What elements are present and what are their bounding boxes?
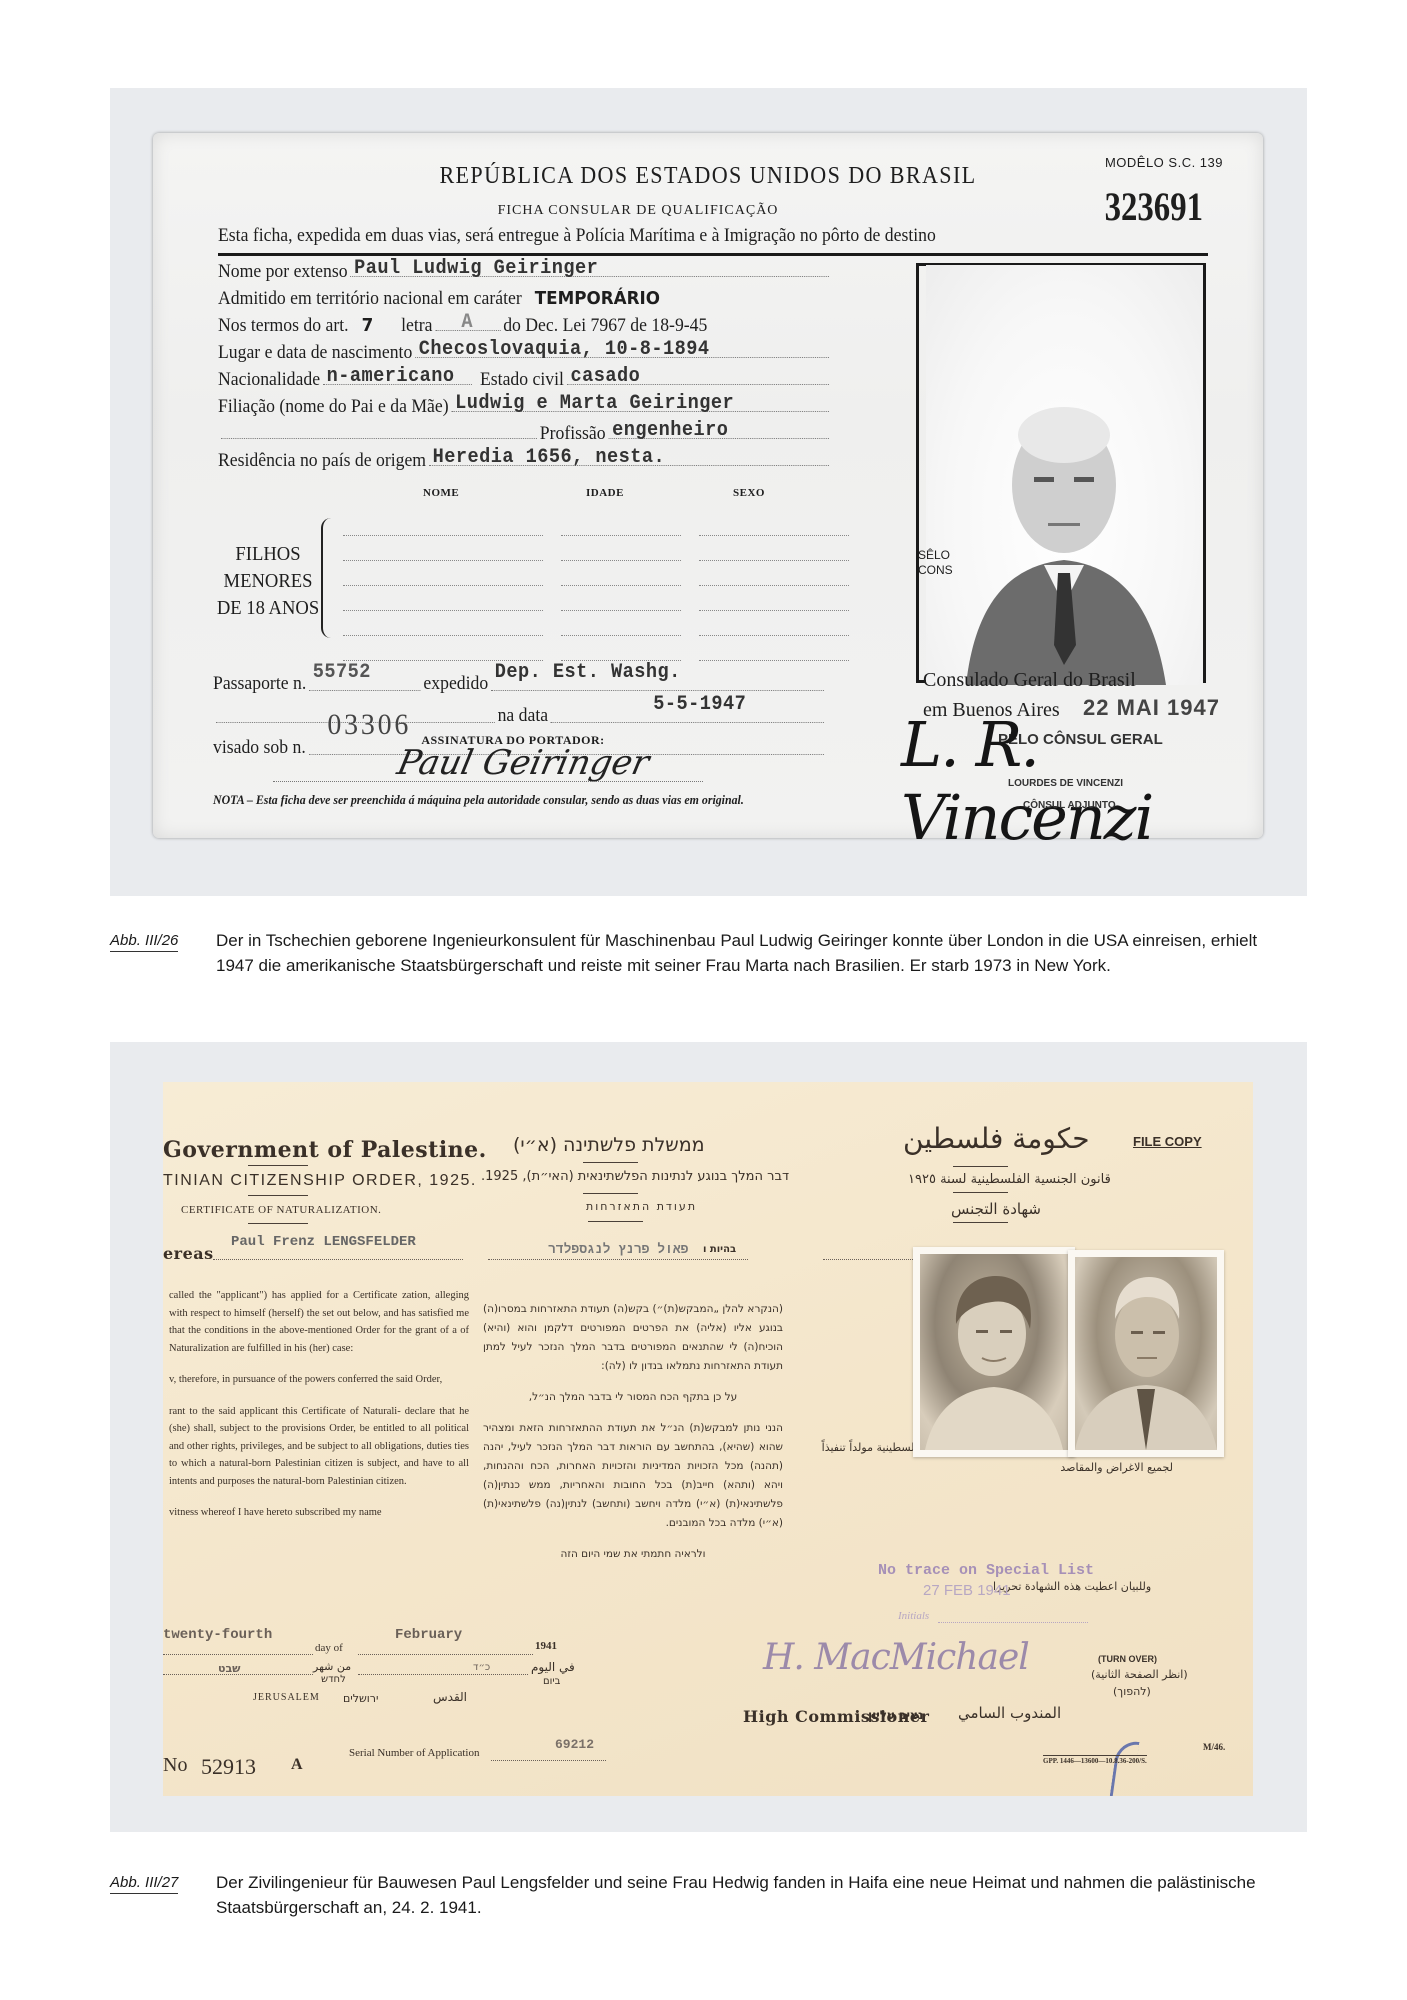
he-month-label: לחדש bbox=[321, 1674, 346, 1685]
he-month-value: שבט bbox=[218, 1662, 241, 1675]
high-commissioner-ar: المندوب السامي bbox=[958, 1704, 1061, 1722]
file-copy-label: FILE COPY bbox=[1133, 1134, 1202, 1149]
portrait-man-icon bbox=[1075, 1257, 1217, 1450]
name-en: Paul Frenz LENGSFELDER bbox=[231, 1234, 416, 1250]
cert-en: CERTIFICATE OF NATURALIZATION. bbox=[181, 1204, 381, 1216]
caption-text: Der Zivilingenieur für Bauwesen Paul Len… bbox=[216, 1870, 1310, 1920]
palestine-naturalization-certificate: Government of Palestine. TINIAN CITIZENS… bbox=[163, 1082, 1253, 1796]
name-he-prefix: בהיות ו bbox=[703, 1244, 736, 1255]
cert-he: תעודת התאזרחות bbox=[586, 1200, 697, 1213]
printer-code: GPP. 1446—13600—10.8.36-200/S. bbox=[1043, 1755, 1147, 1765]
month-value: February bbox=[395, 1627, 462, 1643]
field-residencia: Residência no país de origem Heredia 165… bbox=[218, 450, 832, 477]
day-value: twenty-fourth bbox=[163, 1627, 272, 1643]
order-en: TINIAN CITIZENSHIP ORDER, 1925. bbox=[163, 1172, 477, 1190]
children-table bbox=[343, 511, 863, 661]
photo-hedwig bbox=[913, 1247, 1075, 1457]
name-he: פאול פרנץ לנגספלדר bbox=[548, 1242, 688, 1257]
city-he: ירושלים bbox=[343, 1692, 378, 1705]
govt-ar: حكومة فلسطين bbox=[903, 1122, 1090, 1155]
figure-plate-2: Government of Palestine. TINIAN CITIZENS… bbox=[110, 1042, 1307, 1832]
city-en: JERUSALEM bbox=[253, 1692, 320, 1703]
govt-he: ממשלת פלשתינה (א״י) bbox=[513, 1134, 705, 1156]
photo-paul bbox=[1068, 1250, 1224, 1457]
govt-en: Government of Palestine. bbox=[163, 1137, 487, 1163]
field-passaporte: Passaporte n. 55752 expedido Dep. Est. W… bbox=[213, 663, 827, 695]
he-day-label: ביום bbox=[543, 1676, 560, 1687]
body-he: (הנקרא להלן „המבקש(ת)״) בקש(ה) תעודת התא… bbox=[483, 1300, 783, 1576]
document-notice: Esta ficha, expedida em duas vias, será … bbox=[218, 225, 936, 247]
figure-plate-1: MODÊLO S.C. 139 REPÚBLICA DOS ESTADOS UN… bbox=[110, 88, 1307, 896]
high-commissioner-signature: H. MacMichael bbox=[763, 1637, 1029, 1678]
col-sexo: SEXO bbox=[733, 487, 765, 499]
field-data: 03306 na data 5-5-1947 bbox=[213, 695, 827, 727]
field-nascimento: Lugar e data de nascimento Checoslovaqui… bbox=[218, 342, 832, 369]
cert-number: 52913 bbox=[201, 1754, 256, 1780]
caption-fig-26: Abb. III/26 Der in Tschechien geborene I… bbox=[110, 928, 1310, 978]
order-ar: قانون الجنسية الفلسطينية لسنة ١٩٢٥ bbox=[908, 1172, 1111, 1187]
body-en: called the "applicant") has applied for … bbox=[169, 1287, 469, 1536]
stamp-line-2: LOURDES DE VINCENZI bbox=[1008, 778, 1123, 789]
value-art: 7 bbox=[362, 315, 374, 336]
holder-signature: Paul Geiringer bbox=[394, 743, 653, 783]
document-subtitle: FICHA CONSULAR DE QUALIFICAÇÃO bbox=[153, 203, 1263, 219]
ar-day-label: في اليوم bbox=[531, 1660, 575, 1674]
value-nome: Paul Ludwig Geiringer bbox=[354, 257, 598, 280]
city-ar: القدس bbox=[433, 1690, 467, 1704]
pen-mark bbox=[1104, 1739, 1139, 1796]
caption-fig-27: Abb. III/27 Der Zivilingenieur für Bauwe… bbox=[110, 1870, 1310, 1920]
value-admitido: TEMPORÁRIO bbox=[535, 288, 660, 309]
special-list-stamp: No trace on Special List bbox=[878, 1562, 1094, 1579]
caption-text: Der in Tschechien geborene Ingenieurkons… bbox=[216, 928, 1310, 978]
field-filiacao: Filiação (nome do Pai e da Mãe) Ludwig e… bbox=[218, 396, 832, 423]
year-value: 1941 bbox=[535, 1640, 557, 1652]
cert-series: A bbox=[291, 1756, 303, 1774]
he-day-value: כ״ד bbox=[473, 1662, 490, 1673]
children-label: FILHOS MENORES DE 18 ANOS bbox=[217, 541, 319, 622]
nota-text: NOTA – Esta ficha deve ser preenchida á … bbox=[213, 793, 744, 808]
turn-over-he: (להפוך) bbox=[1113, 1685, 1151, 1698]
signature-line bbox=[273, 781, 703, 782]
brazil-consular-card: MODÊLO S.C. 139 REPÚBLICA DOS ESTADOS UN… bbox=[153, 133, 1263, 838]
serial-label: Serial Number of Application bbox=[349, 1747, 479, 1759]
turn-over-en: (TURN OVER) bbox=[1098, 1654, 1157, 1664]
initials-label: Initials bbox=[898, 1610, 929, 1622]
stamp-line-3: CÔNSUL ADJUNTO bbox=[1023, 800, 1116, 811]
serial-value: 69212 bbox=[555, 1737, 594, 1752]
brace bbox=[321, 518, 335, 638]
portrait-photo bbox=[926, 265, 1203, 685]
selo-label: SÊLO CONS bbox=[918, 548, 953, 578]
ar-month-label: من شهر bbox=[313, 1660, 351, 1673]
cert-number-prefix: No bbox=[163, 1754, 187, 1777]
form-code: M/46. bbox=[1203, 1742, 1225, 1752]
figure-ref: Abb. III/26 bbox=[110, 932, 178, 952]
turn-over-ar: (انظر الصفحة الثانية) bbox=[1091, 1668, 1188, 1681]
personal-fields: Nome por extenso Paul Ludwig Geiringer A… bbox=[218, 261, 878, 477]
whereas-word: ereas bbox=[163, 1244, 214, 1263]
portrait-man-icon bbox=[926, 265, 1203, 685]
col-nome: NOME bbox=[423, 487, 459, 499]
order-he: דבר המלך בנוגע לנתינות הפלשתינאית (האי״ת… bbox=[481, 1169, 789, 1184]
col-idade: IDADE bbox=[586, 487, 624, 499]
stamp-date: 27 FEB 1941 bbox=[923, 1582, 1011, 1599]
figure-ref: Abb. III/27 bbox=[110, 1874, 178, 1894]
field-nome: Nome por extenso Paul Ludwig Geiringer bbox=[218, 261, 832, 288]
divider bbox=[218, 253, 1208, 256]
cert-ar: شهادة التجنس bbox=[951, 1200, 1041, 1218]
portrait-woman-icon bbox=[920, 1254, 1068, 1450]
document-title: REPÚBLICA DOS ESTADOS UNIDOS DO BRASIL bbox=[197, 163, 1218, 190]
witness-ar: وللبيان اعطيت هذه الشهادة تحريرا bbox=[993, 1580, 1151, 1593]
high-commissioner-he: נציב עליון bbox=[868, 1708, 923, 1722]
field-admitido: Admitido em território nacional em carát… bbox=[218, 288, 832, 315]
day-of-label: day of bbox=[315, 1642, 343, 1654]
